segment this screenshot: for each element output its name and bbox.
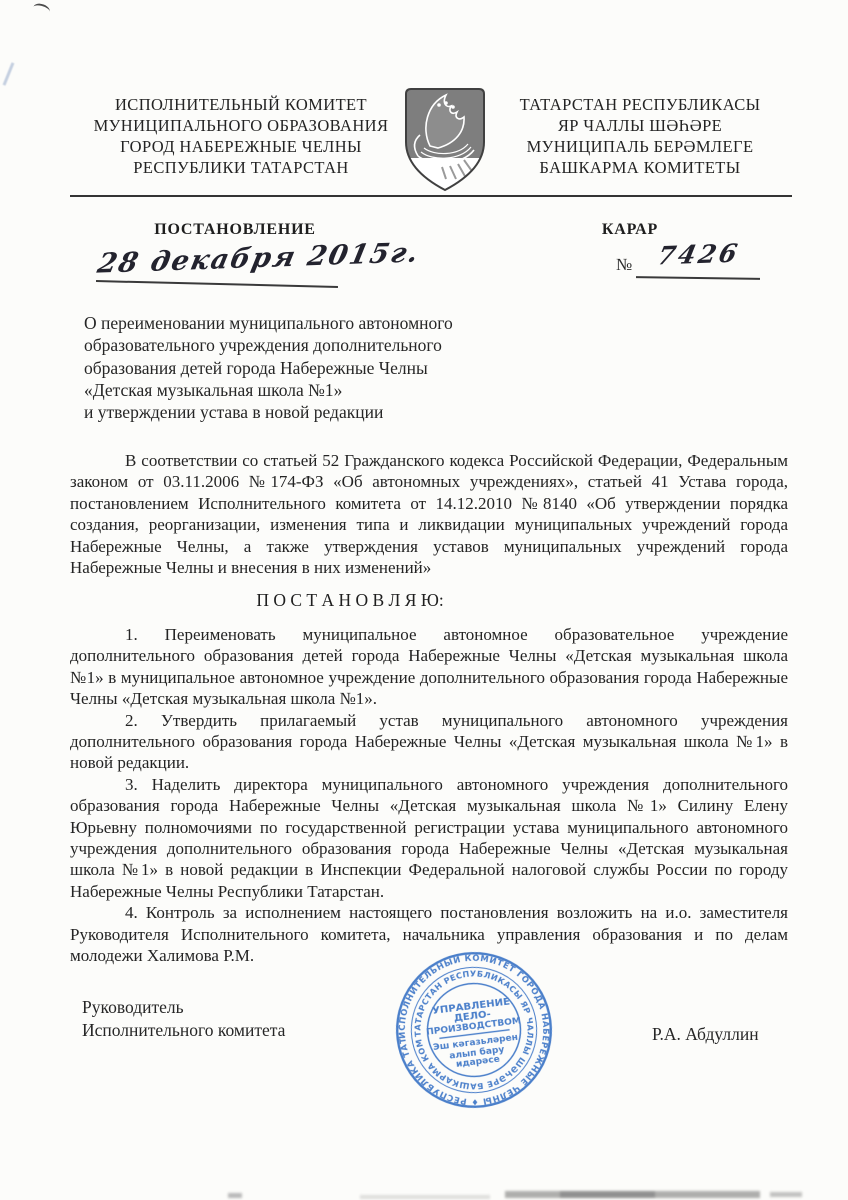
org-line: РЕСПУБЛИКИ ТАТАРСТАН [82,157,400,178]
org-line: ИСПОЛНИТЕЛЬНЫЙ КОМИТЕТ [82,94,400,115]
resolve-heading: П О С Т А Н О В Л Я Ю: [70,590,630,611]
signatory-title-line: Руководитель [82,996,285,1019]
subject-line: «Детская музыкальная школа №1» [84,379,584,401]
signatory-name: Р.А. Абдуллин [652,1024,759,1045]
org-line: МУНИЦИПАЛЬНОГО ОБРАЗОВАНИЯ [82,115,400,136]
resolution-item-1: 1. Переименовать муниципальное автономно… [70,624,788,710]
doc-type-tatar: КАРАР [560,221,700,239]
subject-line: образовательного учреждения дополнительн… [84,334,584,356]
scan-smudge [560,1192,655,1197]
city-coat-of-arms [400,84,490,196]
subject-line: образования детей города Набережные Челн… [84,357,584,379]
subject-line: О переименовании муниципального автономн… [84,312,584,334]
signatory-title-line: Исполнительного комитета [82,1019,285,1042]
org-line: ЯР ЧАЛЛЫ ШӘҺӘРЕ [494,115,786,136]
date-underline [96,280,338,288]
doc-type-russian: ПОСТАНОВЛЕНИЕ [70,221,400,239]
issuer-name-russian: ИСПОЛНИТЕЛЬНЫЙ КОМИТЕТ МУНИЦИПАЛЬНОГО ОБ… [82,94,400,178]
scan-smudge [360,1195,490,1199]
scan-artifact-mark [32,2,51,17]
issuer-name-tatar: ТАТАРСТАН РЕСПУБЛИКАСЫ ЯР ЧАЛЛЫ ШӘҺӘРЕ М… [494,94,786,178]
official-round-stamp: ИСПОЛНИТЕЛЬНЫЙ КОМИТЕТ ГОРОДА НАБЕРЕЖНЫЕ… [367,923,581,1137]
scan-smudge [228,1193,242,1198]
handwritten-number: 7426 [655,238,743,270]
scan-smudge [770,1192,802,1197]
document-page: ИСПОЛНИТЕЛЬНЫЙ КОМИТЕТ МУНИЦИПАЛЬНОГО ОБ… [0,0,848,1200]
subject-block: О переименовании муниципального автономн… [84,312,584,423]
resolution-items: 1. Переименовать муниципальное автономно… [70,624,788,967]
org-line: БАШКАРМА КОМИТЕТЫ [494,157,786,178]
header-divider [70,195,792,197]
org-line: ГОРОД НАБЕРЕЖНЫЕ ЧЕЛНЫ [82,136,400,157]
handwritten-date: 28 декабря 2015г. [95,237,423,279]
subject-line: и утверждении устава в новой редакции [84,401,584,423]
signatory-title: Руководитель Исполнительного комитета [82,996,285,1042]
number-underline [636,276,760,279]
preamble-paragraph: В соответствии со статьей 52 Гражданског… [70,450,788,578]
org-line: МУНИЦИПАЛЬ БЕРӘМЛЕГЕ [494,136,786,157]
resolution-item-2: 2. Утвердить прилагаемый устав муниципал… [70,710,788,774]
org-line: ТАТАРСТАН РЕСПУБЛИКАСЫ [494,94,786,115]
number-sign: № [616,255,632,275]
resolution-item-3: 3. Наделить директора муниципального авт… [70,774,788,902]
scan-artifact-blue-stroke [3,62,15,85]
